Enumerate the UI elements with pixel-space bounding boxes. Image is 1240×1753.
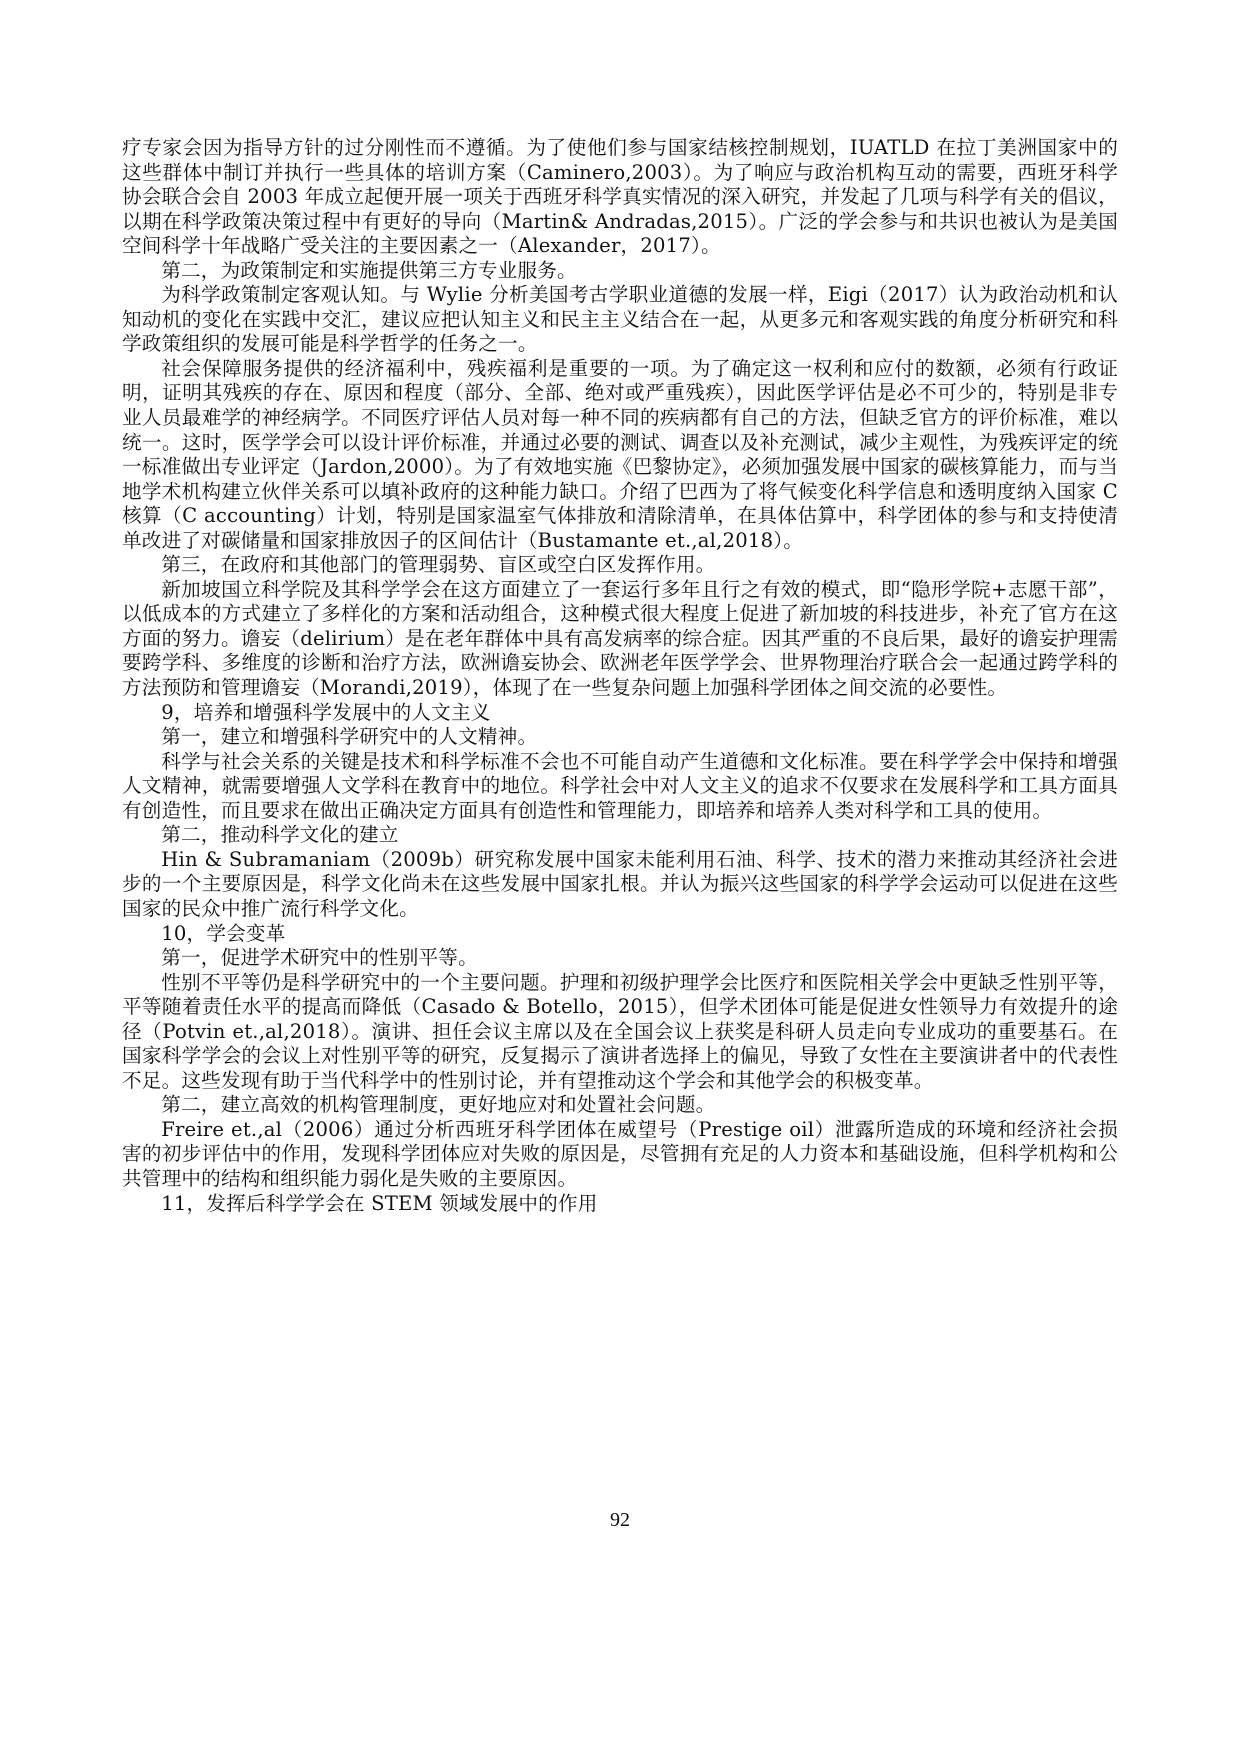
subheading-gender-equality: 第一，促进学术研究中的性别平等。 bbox=[122, 946, 1118, 971]
subheading-third-party-services: 第二，为政策制定和实施提供第三方专业服务。 bbox=[122, 259, 1118, 284]
paragraph-hin-subramaniam: Hin & Subramaniam（2009b）研究称发展中国家未能利用石油、科… bbox=[122, 848, 1118, 922]
paragraph-gender-inequality: 性别不平等仍是科学研究中的一个主要问题。护理和初级护理学会比医疗和医院相关学会中… bbox=[122, 971, 1118, 1094]
paragraph-continued: 疗专家会因为指导方针的过分刚性而不遵循。为了使他们参与国家结核控制规划，IUAT… bbox=[122, 136, 1118, 259]
paragraph-policy-cognition: 为科学政策制定客观认知。与 Wylie 分析美国考古学职业道德的发展一样，Eig… bbox=[122, 283, 1118, 357]
page-number: 92 bbox=[0, 1508, 1240, 1532]
document-body: 疗专家会因为指导方针的过分刚性而不遵循。为了使他们参与国家结核控制规划，IUAT… bbox=[122, 136, 1118, 1216]
section-heading-11-stem: 11，发挥后科学学会在 STEM 领域发展中的作用 bbox=[122, 1192, 1118, 1217]
subheading-science-culture: 第二，推动科学文化的建立 bbox=[122, 823, 1118, 848]
paragraph-science-society: 科学与社会关系的关键是技术和科学标准不会也不可能自动产生道德和文化标准。要在科学… bbox=[122, 750, 1118, 824]
paragraph-prestige-oil: Freire et.,al（2006）通过分析西班牙科学团体在威望号（Prest… bbox=[122, 1118, 1118, 1192]
section-heading-9-humanism: 9，培养和增强科学发展中的人文主义 bbox=[122, 701, 1118, 726]
subheading-management-gaps: 第三，在政府和其他部门的管理弱势、盲区或空白区发挥作用。 bbox=[122, 553, 1118, 578]
paragraph-singapore-model: 新加坡国立科学院及其科学学会在这方面建立了一套运行多年且行之有效的模式，即“隐形… bbox=[122, 578, 1118, 701]
subheading-institutional-management: 第二，建立高效的机构管理制度，更好地应对和处置社会问题。 bbox=[122, 1093, 1118, 1118]
paragraph-disability-benefits: 社会保障服务提供的经济福利中，残疾福利是重要的一项。为了确定这一权利和应付的数额… bbox=[122, 357, 1118, 553]
section-heading-10-reform: 10，学会变革 bbox=[122, 922, 1118, 947]
subheading-humanistic-spirit: 第一，建立和增强科学研究中的人文精神。 bbox=[122, 725, 1118, 750]
